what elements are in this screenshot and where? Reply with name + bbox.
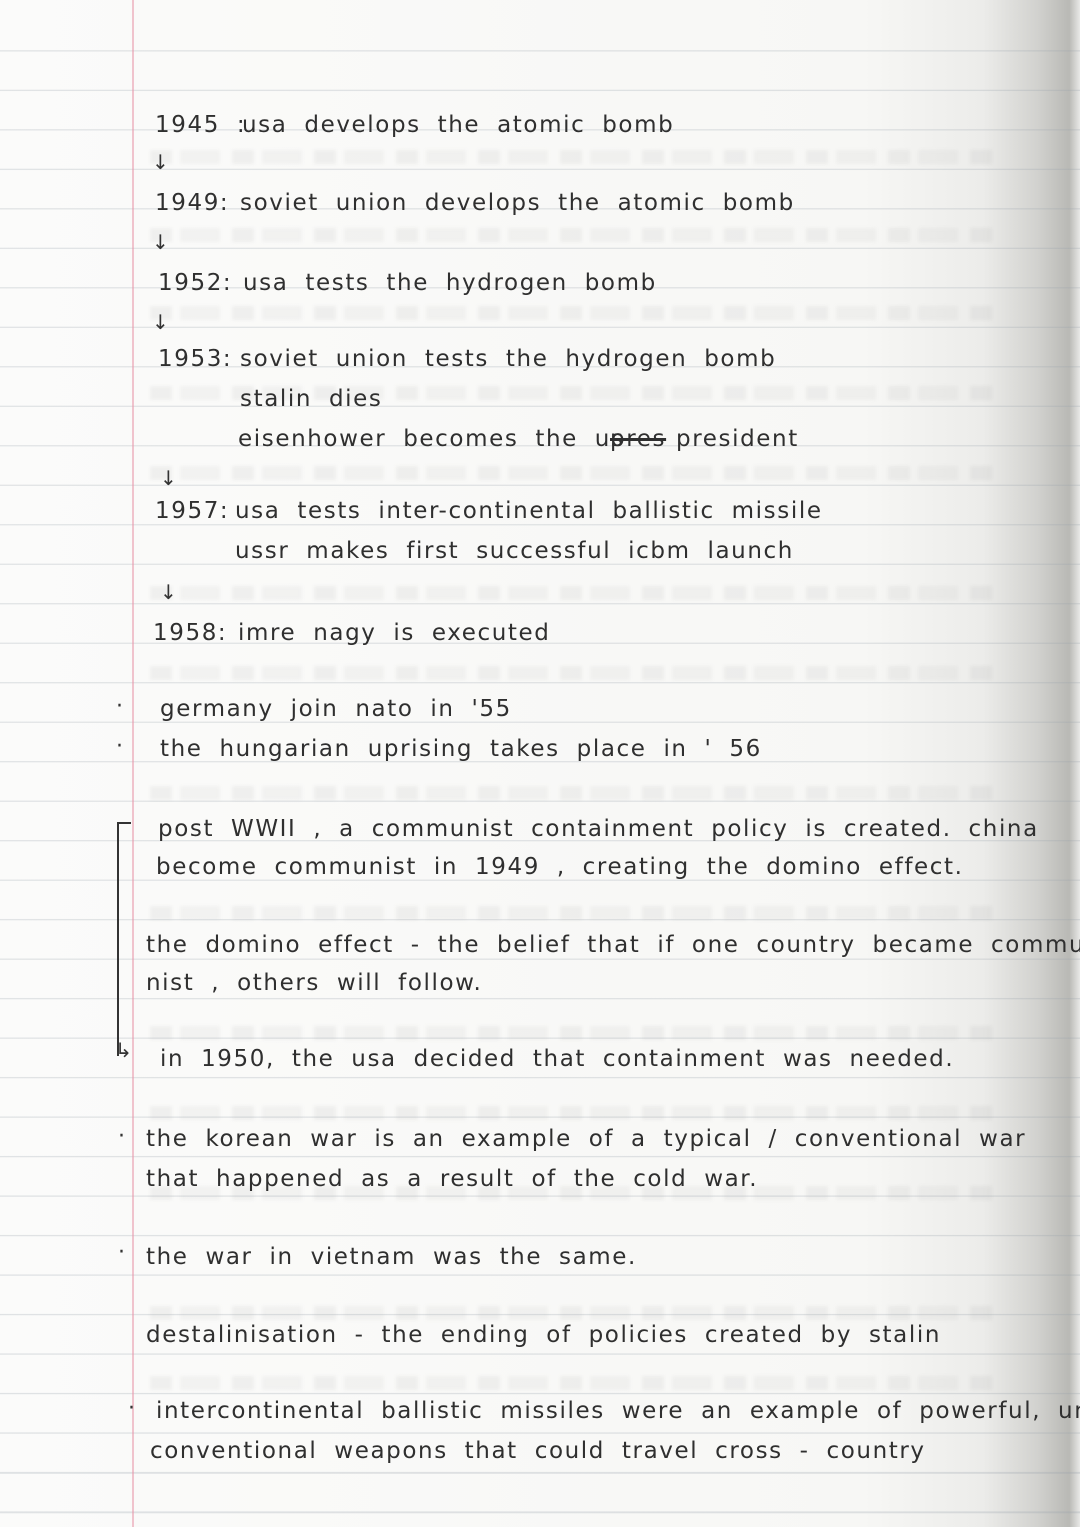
margin-line (132, 0, 134, 1527)
bleed-through (150, 466, 1000, 480)
down-arrow-icon: ↓ (152, 150, 169, 174)
timeline-event: eisenhower becomes the us (238, 426, 625, 452)
bleed-through (150, 906, 1000, 920)
down-arrow-icon: ↓ (160, 466, 177, 490)
timeline-year: 1952: (158, 270, 232, 296)
bleed-through (150, 306, 1000, 320)
timeline-year: 1953: (158, 346, 232, 372)
bleed-through (150, 150, 1000, 164)
timeline-year: 1958: (153, 620, 227, 646)
bullet-point: · (128, 1396, 135, 1421)
timeline-event: soviet union tests the hydrogen bomb (240, 346, 776, 372)
down-arrow-icon: ↓ (152, 230, 169, 254)
timeline-event: usa develops the atomic bomb (242, 112, 674, 138)
down-arrow-icon: ↓ (160, 580, 177, 604)
note-line: conventional weapons that could travel c… (150, 1438, 926, 1464)
bleed-through (150, 666, 1000, 680)
note-line: the domino effect - the belief that if o… (146, 932, 1080, 958)
note-line: post WWII , a communist containment poli… (158, 816, 1039, 842)
crossed-out-word: pres (610, 426, 666, 452)
note-line: that happened as a result of the cold wa… (146, 1166, 758, 1192)
bleed-through (150, 1306, 1000, 1320)
right-arrow-icon: ↳ (115, 1038, 132, 1062)
timeline-event: usa tests the hydrogen bomb (243, 270, 657, 296)
bullet-point: · (118, 1124, 125, 1149)
timeline-event: stalin dies (240, 386, 383, 412)
bleed-through (150, 228, 1000, 242)
down-arrow-icon: ↓ (152, 310, 169, 334)
bleed-through (150, 1106, 1000, 1120)
bleed-through (150, 1376, 1000, 1390)
bleed-through (150, 586, 1000, 600)
note-line: germany join nato in '55 (160, 696, 512, 722)
bleed-through (150, 1026, 1000, 1040)
definition-line: destalinisation - the ending of policies… (146, 1322, 941, 1348)
timeline-year: 1945 : (155, 112, 246, 138)
timeline-event: ussr makes first successful icbm launch (235, 538, 794, 564)
note-line: the hungarian uprising takes place in ' … (160, 736, 762, 762)
timeline-event: soviet union develops the atomic bomb (240, 190, 795, 216)
timeline-event: usa tests inter-continental ballistic mi… (235, 498, 823, 524)
bullet-point: · (116, 734, 123, 759)
notebook-page: 1945 : usa develops the atomic bomb ↓ 19… (0, 0, 1080, 1527)
timeline-year: 1949: (155, 190, 229, 216)
timeline-event: president (676, 426, 799, 452)
bleed-through (150, 786, 1000, 800)
bullet-point: · (116, 694, 123, 719)
note-line: the war in vietnam was the same. (146, 1244, 637, 1270)
bullet-point: · (118, 1240, 125, 1265)
note-line: nist , others will follow. (146, 970, 482, 996)
note-line: the korean war is an example of a typica… (146, 1126, 1026, 1152)
timeline-year: 1957: (155, 498, 229, 524)
bracket-connector (117, 822, 131, 1056)
note-line: intercontinental ballistic missiles were… (156, 1398, 1080, 1424)
timeline-event: imre nagy is executed (238, 620, 550, 646)
note-line: in 1950, the usa decided that containmen… (160, 1046, 954, 1072)
note-line: become communist in 1949 , creating the … (156, 854, 964, 880)
